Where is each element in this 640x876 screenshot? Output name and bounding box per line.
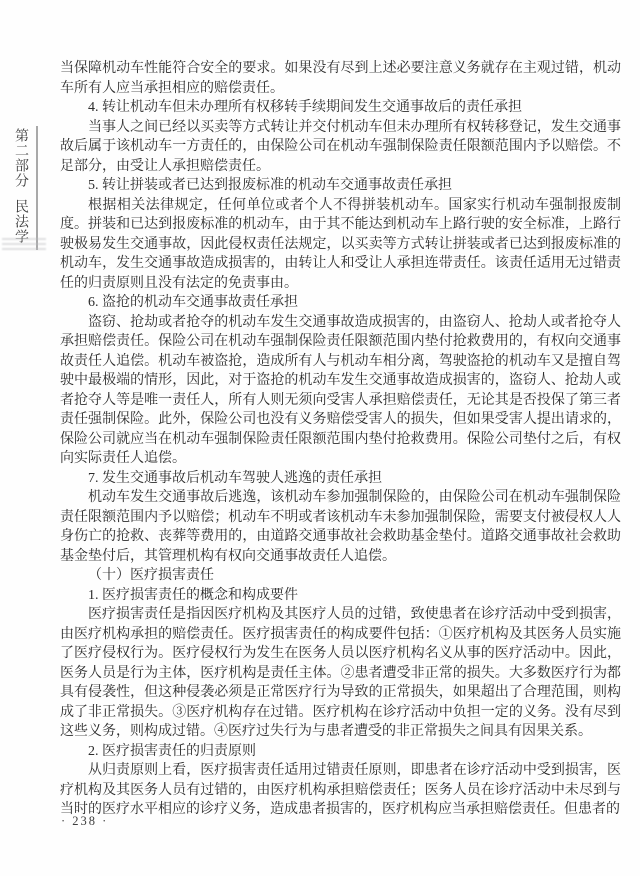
section-heading: 4. 转让机动车但未办理所有权移转手续期间发生交通事故后的责任承担 xyxy=(60,98,621,118)
section-heading: 6. 盗抢的机动车交通事故责任承担 xyxy=(60,293,621,313)
body-paragraph: 从归责原则上看，医疗损害责任适用过错责任原则，即患者在诊疗活动中受到损害，医疗机… xyxy=(60,761,621,820)
subject-label: 民法学 xyxy=(13,188,28,244)
book-page: 第二部分民法学 当保障机动车性能符合安全的要求。如果没有尽到上述必要注意义务就存… xyxy=(0,0,640,876)
scan-bleed-artifact xyxy=(2,238,46,252)
body-paragraph: 机动车发生交通事故后逃逸，该机动车参加强制保险的，由保险公司在机动车强制保险责任… xyxy=(60,488,621,566)
section-heading: 7. 发生交通事故后机动车驾驶人逃逸的责任承担 xyxy=(60,469,621,489)
body-paragraph: 当保障机动车性能符合安全的要求。如果没有尽到上述必要注意义务就存在主观过错，机动… xyxy=(60,59,621,98)
body-paragraph: 盗窃、抢劫或者抢夺的机动车发生交通事故造成损害的，由盗窃人、抢劫人或者抢夺人承担… xyxy=(60,313,621,469)
page-body-text: 当保障机动车性能符合安全的要求。如果没有尽到上述必要注意义务就存在主观过错，机动… xyxy=(60,59,621,820)
page-number: · 238 · xyxy=(61,814,108,829)
margin-rule xyxy=(36,126,38,250)
page-number-text: · 238 · xyxy=(61,814,108,828)
section-heading: （十）医疗损害责任 xyxy=(60,566,621,586)
section-heading: 1. 医疗损害责任的概念和构成要件 xyxy=(60,586,621,606)
part-label: 第二部分 xyxy=(13,128,28,188)
body-paragraph: 医疗损害责任是指因医疗机构及其医疗人员的过错，致使患者在诊疗活动中受到损害，由医… xyxy=(60,605,621,742)
margin-tab: 第二部分民法学 xyxy=(13,128,27,244)
section-heading: 5. 转让拼装或者已达到报废标准的机动车交通事故责任承担 xyxy=(60,176,621,196)
body-paragraph: 根据相关法律规定，任何单位或者个人不得拼装机动车。国家实行机动车强制报废制度。拼… xyxy=(60,196,621,294)
body-paragraph: 当事人之间已经以买卖等方式转让并交付机动车但未办理所有权转移登记，发生交通事故后… xyxy=(60,118,621,177)
section-heading: 2. 医疗损害责任的归责原则 xyxy=(60,742,621,762)
